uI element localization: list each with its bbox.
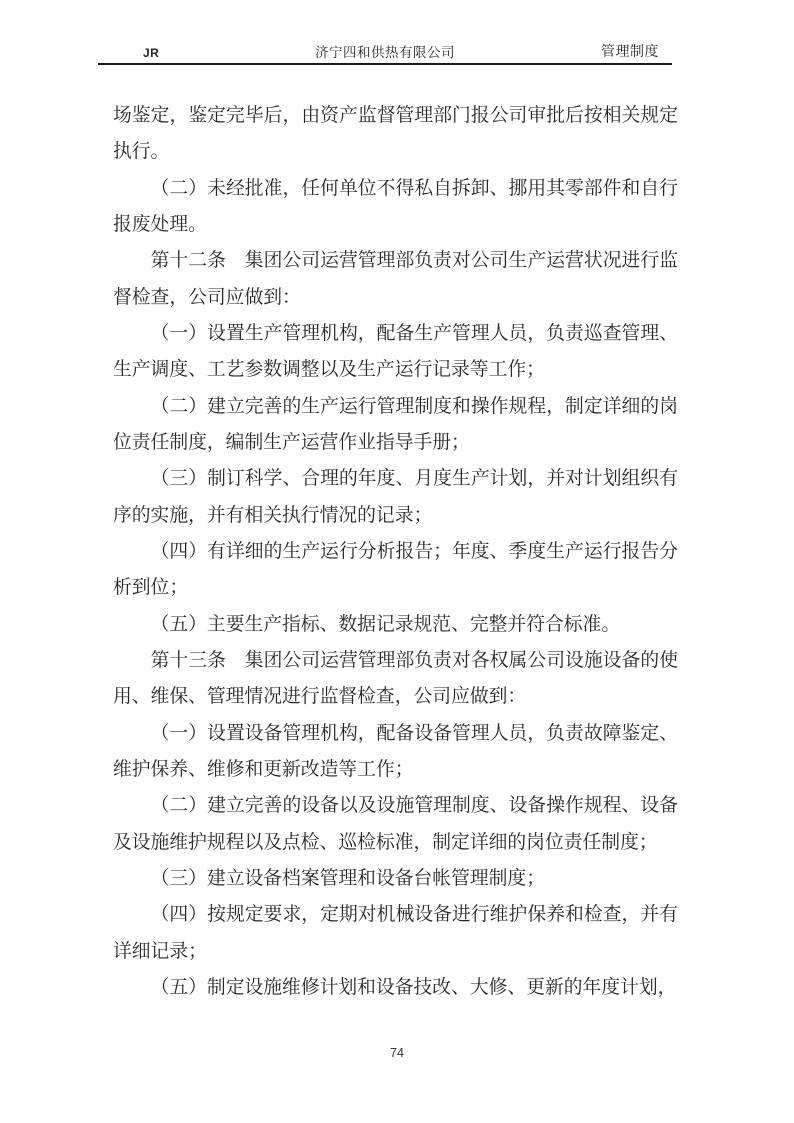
paragraph: （四）按规定要求，定期对机械设备进行维护保养和检查，并有详细记录；: [113, 897, 678, 970]
paragraph: （五）主要生产指标、数据记录规范、完整并符合标准。: [113, 607, 678, 643]
paragraph: 第十三条 集团公司运营管理部负责对各权属公司设施设备的使用、维保、管理情况进行监…: [113, 643, 678, 716]
header-company-name: 济宁四和供热有限公司: [315, 41, 455, 61]
header-divider: [98, 63, 672, 65]
paragraph: （三）制订科学、合理的年度、月度生产计划，并对计划组织有序的实施，并有相关执行情…: [113, 461, 678, 534]
document-page: JR 济宁四和供热有限公司 管理制度 场鉴定，鉴定完毕后，由资产监督管理部门报公…: [0, 0, 794, 1123]
page-footer: 74: [0, 1044, 794, 1062]
document-body: 场鉴定，鉴定完毕后，由资产监督管理部门报公司审批后按相关规定执行。（二）未经批准…: [113, 98, 678, 1006]
paragraph: （四）有详细的生产运行分析报告；年度、季度生产运行报告分析到位；: [113, 534, 678, 607]
paragraph: 第十二条 集团公司运营管理部负责对公司生产运营状况进行监督检查，公司应做到：: [113, 243, 678, 316]
page-number: 74: [390, 1046, 404, 1060]
paragraph: （二）建立完善的生产运行管理制度和操作规程，制定详细的岗位责任制度，编制生产运营…: [113, 389, 678, 462]
header-doc-type: 管理制度: [601, 41, 659, 61]
page-header: JR 济宁四和供热有限公司 管理制度: [98, 0, 672, 65]
paragraph: 场鉴定，鉴定完毕后，由资产监督管理部门报公司审批后按相关规定执行。: [113, 98, 678, 171]
paragraph: （五）制定设施维修计划和设备技改、大修、更新的年度计划，: [113, 970, 678, 1006]
paragraph: （三）建立设备档案管理和设备台帐管理制度；: [113, 861, 678, 897]
paragraph: （一）设置设备管理机构，配备设备管理人员，负责故障鉴定、维护保养、维修和更新改造…: [113, 716, 678, 789]
paragraph: （二）未经批准，任何单位不得私自拆卸、挪用其零部件和自行报废处理。: [113, 171, 678, 244]
header-logo: JR: [143, 46, 159, 60]
paragraph: （二）建立完善的设备以及设施管理制度、设备操作规程、设备及设施维护规程以及点检、…: [113, 788, 678, 861]
paragraph: （一）设置生产管理机构，配备生产管理人员，负责巡查管理、生产调度、工艺参数调整以…: [113, 316, 678, 389]
